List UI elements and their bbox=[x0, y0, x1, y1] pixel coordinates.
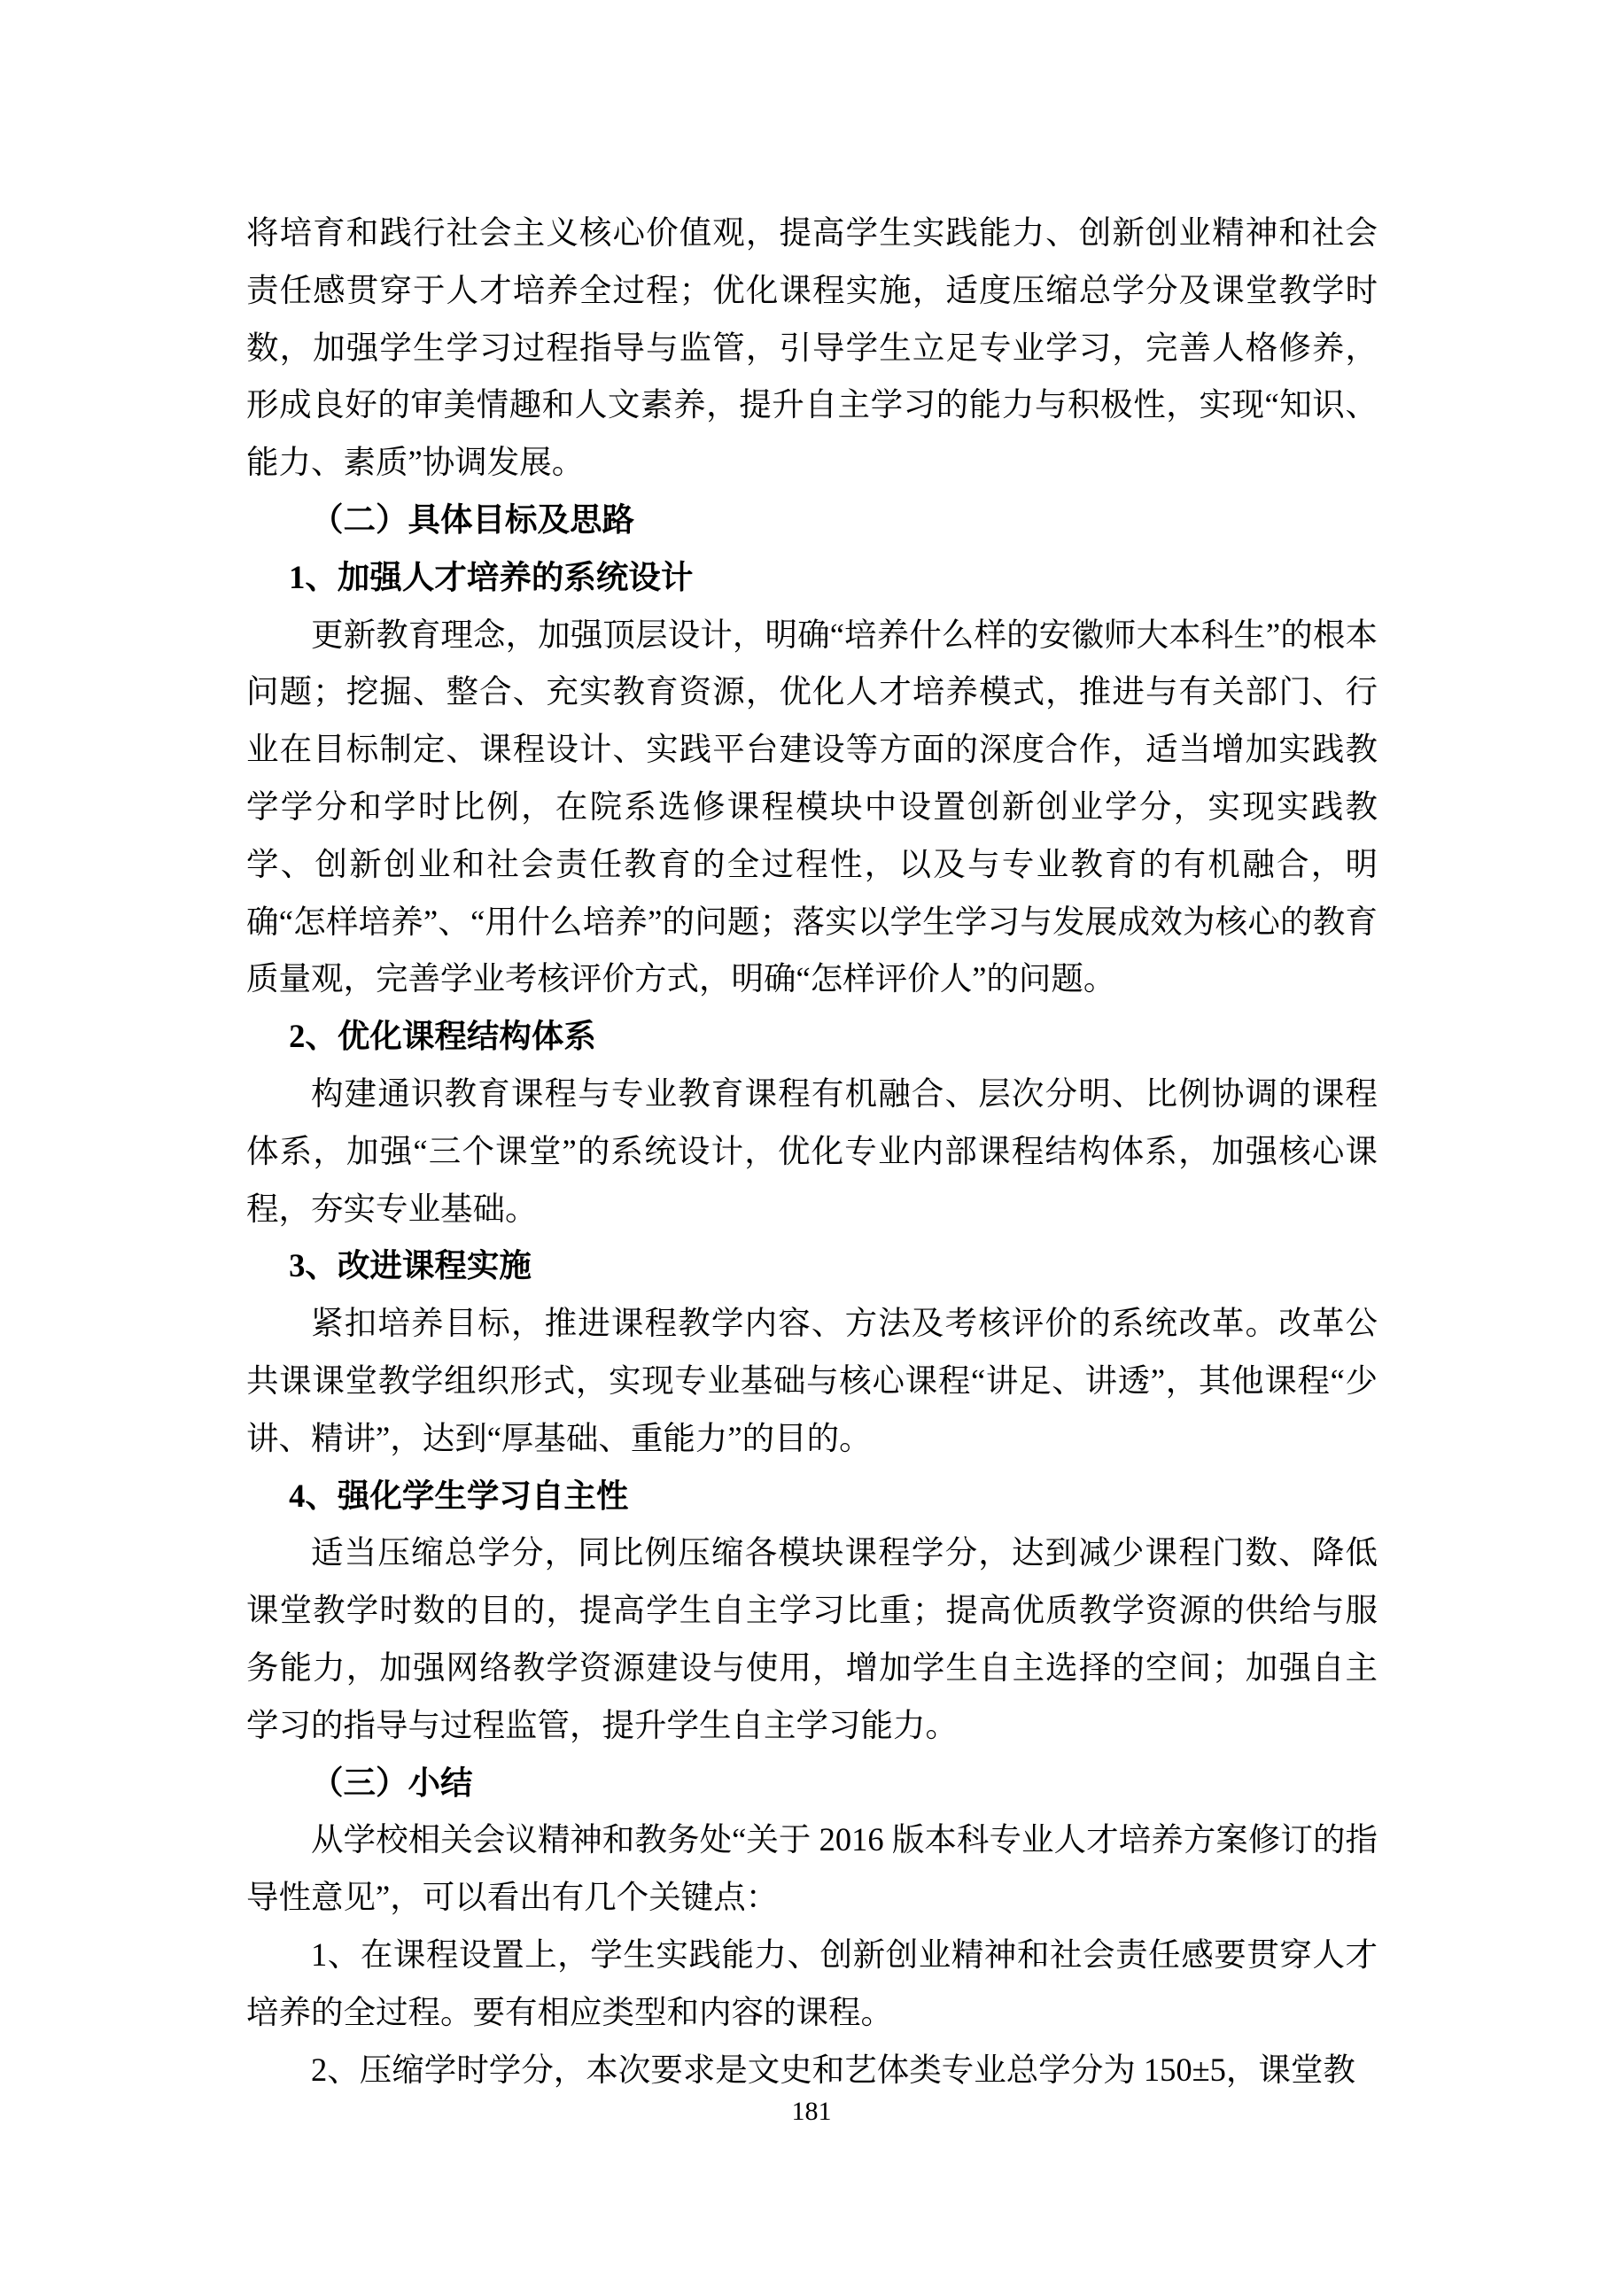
page-number: 181 bbox=[0, 2096, 1623, 2128]
paragraph-summary-intro: 从学校相关会议精神和教务处“关于 2016 版本科专业人才培养方案修订的指导性意… bbox=[246, 1811, 1378, 1927]
section-heading-3: （三）小结 bbox=[246, 1755, 1378, 1812]
paragraph-system-design: 更新教育理念，加强顶层设计，明确“培养什么样的安徽师大本科生”的根本问题；挖掘、… bbox=[246, 607, 1378, 1009]
numbered-point-2: 2、压缩学时学分，本次要求是文史和艺体类专业总学分为 150±5，课堂教 bbox=[246, 2042, 1378, 2099]
subsection-heading-2: 2、优化课程结构体系 bbox=[246, 1008, 1378, 1066]
subsection-heading-3: 3、改进课程实施 bbox=[246, 1237, 1378, 1295]
continued-paragraph: 将培育和践行社会主义核心价值观，提高学生实践能力、创新创业精神和社会责任感贯穿于… bbox=[246, 205, 1378, 492]
subsection-heading-4: 4、强化学生学习自主性 bbox=[246, 1468, 1378, 1525]
paragraph-course-structure: 构建通识教育课程与专业教育课程有机融合、层次分明、比例协调的课程体系，加强“三个… bbox=[246, 1066, 1378, 1237]
numbered-point-1: 1、在课程设置上，学生实践能力、创新创业精神和社会责任感要贯穿人才培养的全过程。… bbox=[246, 1927, 1378, 2042]
document-text-block: 将培育和践行社会主义核心价值观，提高学生实践能力、创新创业精神和社会责任感贯穿于… bbox=[246, 205, 1378, 2098]
subsection-heading-1: 1、加强人才培养的系统设计 bbox=[246, 549, 1378, 607]
paragraph-course-implementation: 紧扣培养目标，推进课程教学内容、方法及考核评价的系统改革。改革公共课课堂教学组织… bbox=[246, 1295, 1378, 1467]
paragraph-student-autonomy: 适当压缩总学分，同比例压缩各模块课程学分，达到减少课程门数、降低课堂教学时数的目… bbox=[246, 1524, 1378, 1754]
section-heading-2: （二）具体目标及思路 bbox=[246, 492, 1378, 549]
